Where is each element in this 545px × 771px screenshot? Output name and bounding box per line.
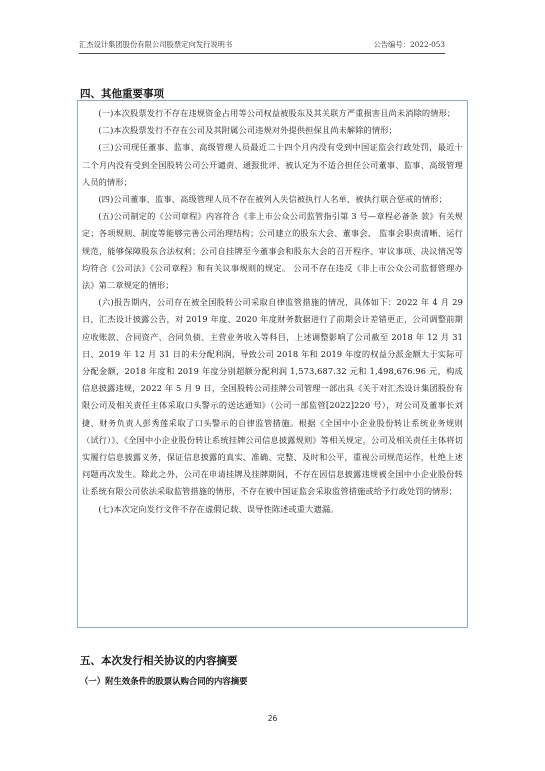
paragraph-7: (七)本次定向发行文件不存在虚假记载、误导性陈述或重大遗漏。 bbox=[82, 501, 463, 518]
paragraph-3: (三)公司现任董事、监事、高级管理人员最近二十四个月内没有受到中国证监会行政处罚… bbox=[82, 139, 463, 191]
announcement-number: 公告编号：2022-053 bbox=[374, 40, 445, 50]
page-number: 26 bbox=[0, 714, 545, 723]
paragraph-5: (五)公司制定的《公司章程》内容符合《非上市公众公司监管指引第 3 号—章程必备… bbox=[82, 208, 463, 294]
page-header: 汇杰设计集团股份有限公司股票定向发行说明书 公告编号：2022-053 bbox=[79, 40, 445, 54]
paragraph-4: (四)公司董事、监事、高级管理人员不存在被列入失信被执行人名单、被执行联合惩戒的… bbox=[82, 191, 463, 208]
section-5-heading: 五、本次发行相关协议的内容摘要 bbox=[80, 653, 238, 668]
paragraph-2: (二)本次股票发行不存在公司及其附属公司违规对外提供担保且尚未解除的情形； bbox=[82, 122, 463, 139]
section-4-heading: 四、其他重要事项 bbox=[80, 86, 164, 101]
paragraph-1: (一)本次股票发行不存在违规资金占用等公司权益被股东及其关联方严重损害且尚未消除… bbox=[82, 105, 463, 122]
important-matters-box: (一)本次股票发行不存在违规资金占用等公司权益被股东及其关联方严重损害且尚未消除… bbox=[77, 100, 468, 628]
subsection-1-heading: （一）附生效条件的股票认购合同的内容摘要 bbox=[80, 675, 248, 687]
document-title: 汇杰设计集团股份有限公司股票定向发行说明书 bbox=[79, 40, 232, 50]
paragraph-6: (六)报告期内，公司存在被全国股转公司采取自律监管措施的情况，具体如下：2022… bbox=[82, 294, 463, 500]
